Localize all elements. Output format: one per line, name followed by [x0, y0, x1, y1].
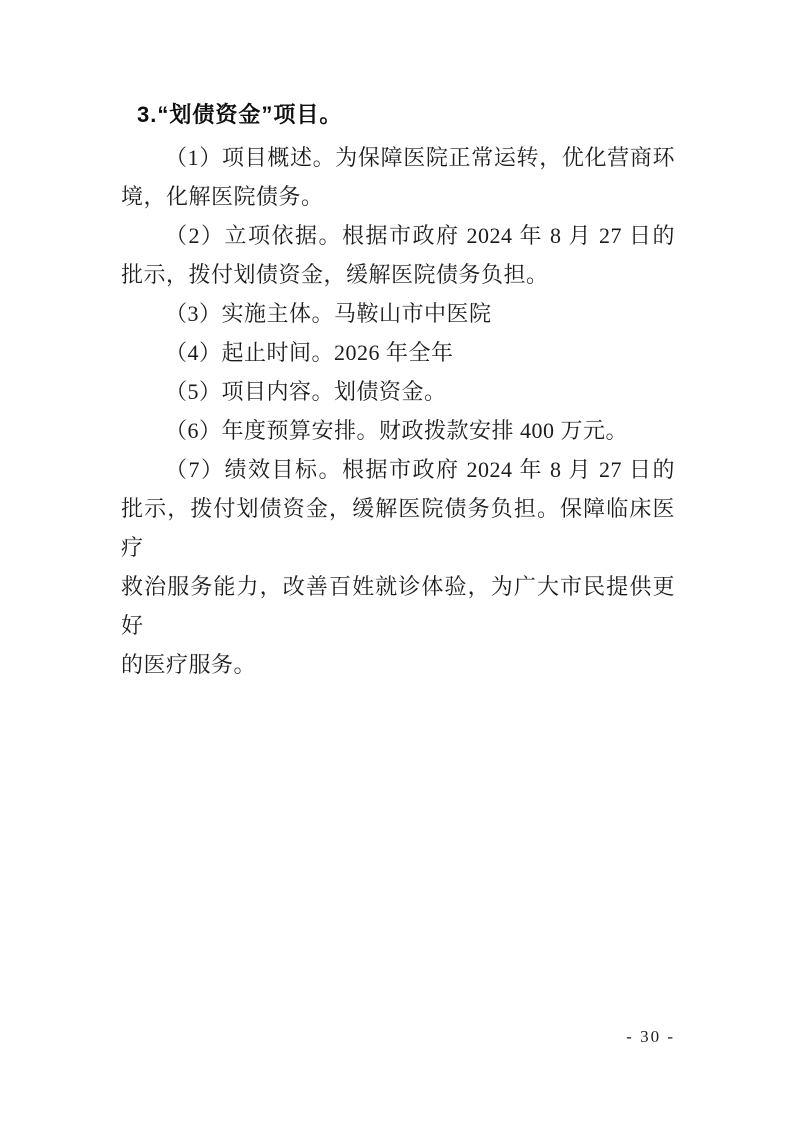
paragraph: （3）实施主体。马鞍山市中医院	[121, 294, 675, 333]
paragraph-line: 救治服务能力，改善百姓就诊体验，为广大市民提供更好	[121, 567, 675, 645]
paragraph: （7）绩效目标。根据市政府 2024 年 8 月 27 日的批示，拨付划债资金，…	[121, 450, 675, 684]
paragraph-line: （3）实施主体。马鞍山市中医院	[121, 294, 675, 333]
page-number: - 30 -	[626, 1026, 675, 1048]
paragraph: （6）年度预算安排。财政拨款安排 400 万元。	[121, 411, 675, 450]
paragraph-line: 的医疗服务。	[121, 645, 675, 684]
paragraph: （1）项目概述。为保障医院正常运转，优化营商环境，化解医院债务。	[121, 138, 675, 216]
paragraph-line: （2）立项依据。根据市政府 2024 年 8 月 27 日的	[121, 216, 675, 255]
paragraph-line: 批示，拨付划债资金，缓解医院债务负担。保障临床医疗	[121, 489, 675, 567]
paragraph-line: （7）绩效目标。根据市政府 2024 年 8 月 27 日的	[121, 450, 675, 489]
paragraph-line: （1）项目概述。为保障医院正常运转，优化营商环	[121, 138, 675, 177]
section-heading: 3.“划债资金”项目。	[137, 96, 675, 134]
paragraph: （5）项目内容。划债资金。	[121, 372, 675, 411]
paragraph-line: （6）年度预算安排。财政拨款安排 400 万元。	[121, 411, 675, 450]
paragraph: （4）起止时间。2026 年全年	[121, 333, 675, 372]
paragraph-line: （4）起止时间。2026 年全年	[121, 333, 675, 372]
paragraph-line: 批示，拨付划债资金，缓解医院债务负担。	[121, 255, 675, 294]
paragraph-line: 境，化解医院债务。	[121, 177, 675, 216]
document-page: 3.“划债资金”项目。 （1）项目概述。为保障医院正常运转，优化营商环境，化解医…	[0, 0, 794, 1123]
paragraph-line: （5）项目内容。划债资金。	[121, 372, 675, 411]
document-content: 3.“划债资金”项目。 （1）项目概述。为保障医院正常运转，优化营商环境，化解医…	[121, 96, 675, 684]
paragraph: （2）立项依据。根据市政府 2024 年 8 月 27 日的批示，拨付划债资金，…	[121, 216, 675, 294]
body-text: （1）项目概述。为保障医院正常运转，优化营商环境，化解医院债务。（2）立项依据。…	[121, 138, 675, 684]
